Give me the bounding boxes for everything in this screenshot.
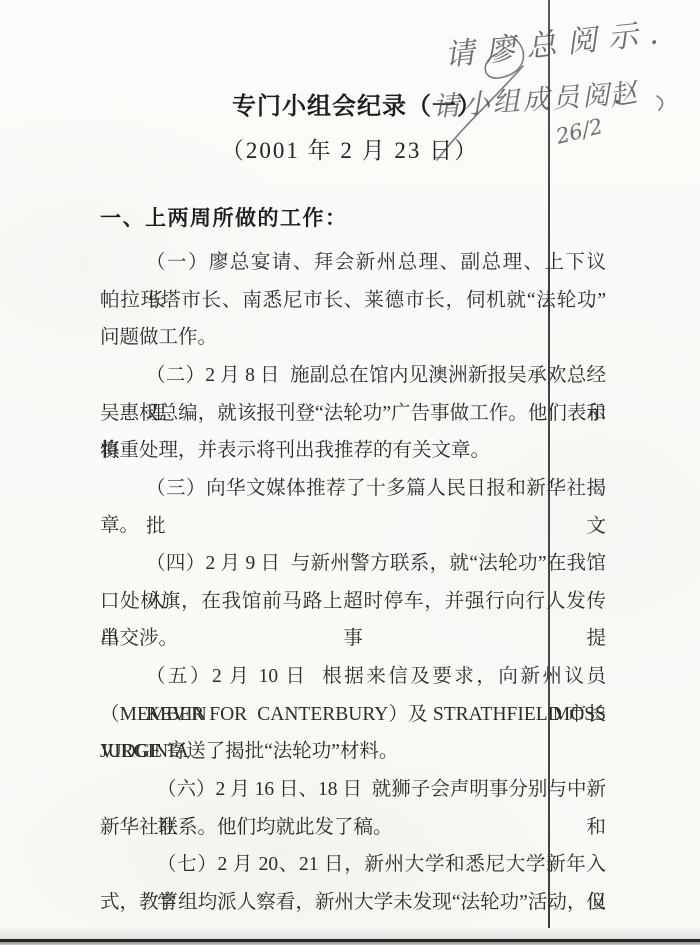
body-line: （二）2 月 8 日 施副总在馆内见澳洲新报吴承欢总经理和 <box>100 357 606 395</box>
body-line: 口处树旗，在我馆前马路上超时停车，并强行向行人发传单事提 <box>100 583 606 621</box>
body-line: 问题做工作。 <box>100 319 606 357</box>
body-line: JUDGE 寄送了揭批“法轮功”材料。 <box>100 733 606 771</box>
document-body: （一）廖总宴请、拜会新州总理、副总理、上下议长、 帕拉玛塔市长、南悉尼市长、莱德… <box>100 244 606 922</box>
body-line: 吴惠权总编，就该报刊登“法轮功”广告事做工作。他们表示将 <box>100 395 606 433</box>
body-line: （五）2 月 10 日 根据来信及要求，向新州议员 KEVIN MOSS <box>100 658 606 696</box>
scanned-document-page: 专门小组会纪录（一） （2001 年 2 月 23 日） 一、上两周所做的工作：… <box>0 0 700 945</box>
body-line: （一）廖总宴请、拜会新州总理、副总理、上下议长、 <box>100 244 606 282</box>
body-line: 帕拉玛塔市长、南悉尼市长、莱德市长，伺机就“法轮功” <box>100 282 606 320</box>
body-line: （四）2 月 9 日 与新州警方联系，就“法轮功”在我馆入 <box>100 545 606 583</box>
body-line: （七）2 月 20、21 日，新州大学和悉尼大学新年入学仪 <box>100 846 606 884</box>
handwritten-note-approve: 请廖总阅示. <box>443 15 671 73</box>
body-line: （三）向华文媒体推荐了十多篇人民日报和新华社揭批文 <box>100 470 606 508</box>
handwriting-annotation: 请廖总阅示. 请小组成员阅. 26/2 赵 <box>415 8 700 176</box>
scan-edge-shadow <box>0 928 700 939</box>
handwritten-date: 26/2 <box>553 114 606 149</box>
body-line: （MEMBER FOR CANTERBURY）及 STRATHFIELD 市长 … <box>100 696 606 734</box>
scan-fold-line <box>548 0 550 939</box>
body-line: 慎重处理，并表示将刊出我推荐的有关文章。 <box>100 432 606 470</box>
section-heading: 一、上两周所做的工作： <box>100 202 348 232</box>
ink-mark <box>657 96 663 110</box>
body-line: （六）2 月 16 日、18 日 就狮子会声明事分别与中新社和 <box>100 771 606 809</box>
body-line: 式，教育组均派人察看，新州大学未发现“法轮功”活动，但悉 <box>100 884 606 922</box>
handwritten-signature: 赵 <box>607 77 643 113</box>
